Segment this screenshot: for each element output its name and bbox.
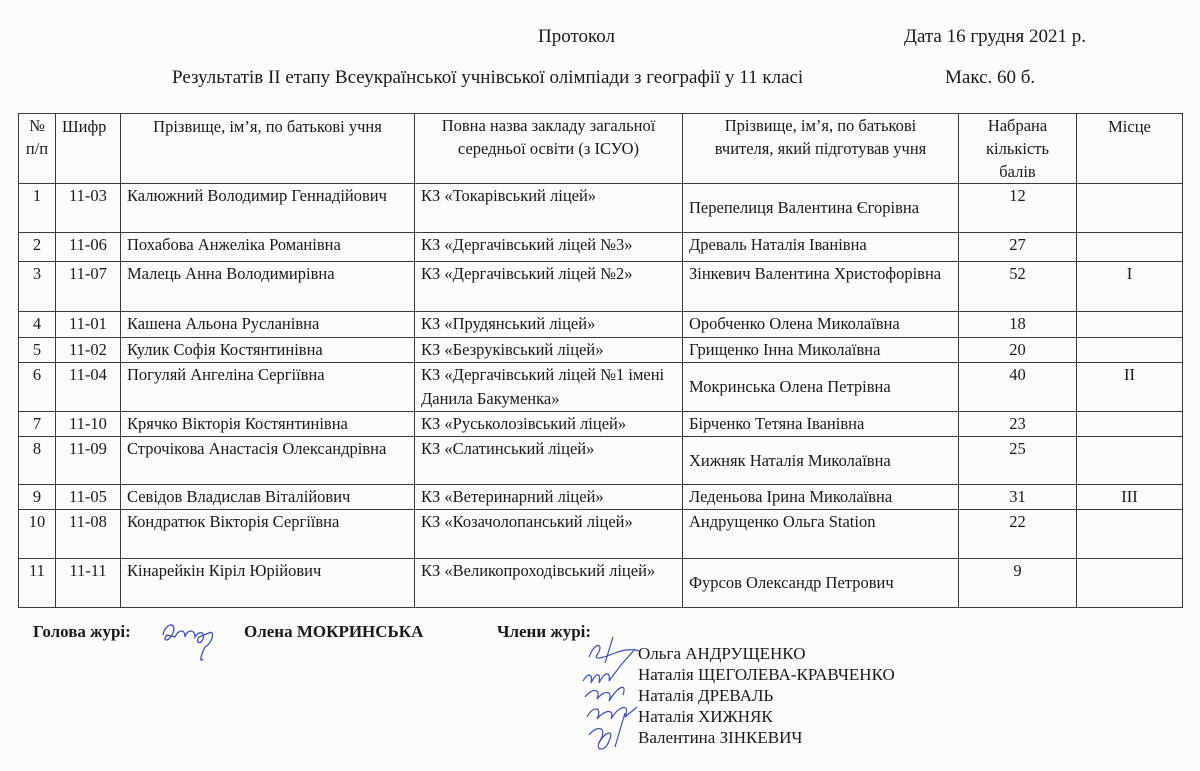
- row-number: 4: [19, 312, 56, 338]
- col-header-num: № п/п: [19, 114, 56, 184]
- row-teacher: Грищенко Інна Миколаївна: [683, 338, 959, 363]
- jury-member: Ольга АНДРУЩЕНКО: [638, 644, 806, 664]
- row-place: [1077, 312, 1183, 338]
- row-teacher: Оробченко Олена Миколаївна: [683, 312, 959, 338]
- row-teacher: Перепелиця Валентина Єгорівна: [683, 184, 959, 233]
- row-number: 10: [19, 510, 56, 559]
- jury-member: Наталія ДРЕВАЛЬ: [638, 686, 773, 706]
- row-school: КЗ «Козачолопанський ліцей»: [415, 510, 683, 559]
- table-header-row: № п/п Шифр Прізвище, ім’я, по батькові у…: [19, 114, 1183, 184]
- row-place: [1077, 510, 1183, 559]
- row-score: 25: [959, 437, 1077, 485]
- row-score: 9: [959, 559, 1077, 608]
- table-row: 6 11-04 Погуляй Ангеліна Сергіївна КЗ «Д…: [19, 363, 1183, 412]
- row-place: ІІ: [1077, 363, 1183, 412]
- row-school: КЗ «Слатинський ліцей»: [415, 437, 683, 485]
- table-row: 10 11-08 Кондратюк Вікторія Сергіївна КЗ…: [19, 510, 1183, 559]
- row-score: 52: [959, 262, 1077, 312]
- row-code: 11-07: [56, 262, 121, 312]
- row-place: І: [1077, 262, 1183, 312]
- document-title: Протокол: [538, 26, 615, 48]
- table-row: 8 11-09 Строчікова Анастасія Олександрів…: [19, 437, 1183, 485]
- col-header-teacher: Прізвище, ім’я, по батькові вчителя, яки…: [683, 114, 959, 184]
- row-code: 11-11: [56, 559, 121, 608]
- row-number: 2: [19, 233, 56, 262]
- row-school: КЗ «Великопроходівський ліцей»: [415, 559, 683, 608]
- row-number: 8: [19, 437, 56, 485]
- row-teacher: Зінкевич Валентина Христофорівна: [683, 262, 959, 312]
- row-score: 27: [959, 233, 1077, 262]
- row-number: 7: [19, 412, 56, 437]
- row-student-name: Севідов Владислав Віталійович: [121, 485, 415, 510]
- row-code: 11-01: [56, 312, 121, 338]
- row-code: 11-05: [56, 485, 121, 510]
- chair-signature-icon: [155, 615, 225, 665]
- row-school: КЗ «Ветеринарний ліцей»: [415, 485, 683, 510]
- row-teacher: Древаль Наталія Іванівна: [683, 233, 959, 262]
- jury-member: Наталія ЩЕГОЛЕВА-КРАВЧЕНКО: [638, 665, 895, 685]
- row-student-name: Кашена Альона Русланівна: [121, 312, 415, 338]
- table-row: 1 11-03 Калюжний Володимир Геннадійович …: [19, 184, 1183, 233]
- row-school: КЗ «Прудянський ліцей»: [415, 312, 683, 338]
- table-row: 4 11-01 Кашена Альона Русланівна КЗ «Пру…: [19, 312, 1183, 338]
- max-score: Макс. 60 б.: [945, 67, 1035, 89]
- chair-name: Олена МОКРИНСЬКА: [244, 622, 423, 642]
- row-number: 1: [19, 184, 56, 233]
- row-place: [1077, 184, 1183, 233]
- row-score: 31: [959, 485, 1077, 510]
- table-row: 3 11-07 Малець Анна Володимирівна КЗ «Де…: [19, 262, 1183, 312]
- row-score: 23: [959, 412, 1077, 437]
- table-row: 11 11-11 Кінарейкін Кіріл Юрійович КЗ «В…: [19, 559, 1183, 608]
- row-place: [1077, 559, 1183, 608]
- row-student-name: Калюжний Володимир Геннадійович: [121, 184, 415, 233]
- row-code: 11-10: [56, 412, 121, 437]
- row-score: 20: [959, 338, 1077, 363]
- row-student-name: Строчікова Анастасія Олександрівна: [121, 437, 415, 485]
- row-number: 3: [19, 262, 56, 312]
- row-place: [1077, 412, 1183, 437]
- row-school: КЗ «Дергачівський ліцей №1 імені Данила …: [415, 363, 683, 412]
- row-code: 11-08: [56, 510, 121, 559]
- row-code: 11-06: [56, 233, 121, 262]
- row-student-name: Похабова Анжеліка Романівна: [121, 233, 415, 262]
- row-school: КЗ «Руськолозівський ліцей»: [415, 412, 683, 437]
- row-number: 5: [19, 338, 56, 363]
- table-row: 9 11-05 Севідов Владислав Віталійович КЗ…: [19, 485, 1183, 510]
- members-signatures-icon: [575, 635, 645, 760]
- row-score: 22: [959, 510, 1077, 559]
- row-code: 11-02: [56, 338, 121, 363]
- row-place: ІІІ: [1077, 485, 1183, 510]
- row-place: [1077, 437, 1183, 485]
- row-score: 18: [959, 312, 1077, 338]
- document-subtitle: Результатів ІІ етапу Всеукраїнської учні…: [172, 67, 803, 89]
- row-student-name: Кінарейкін Кіріл Юрійович: [121, 559, 415, 608]
- row-code: 11-04: [56, 363, 121, 412]
- row-teacher: Хижняк Наталія Миколаївна: [683, 437, 959, 485]
- row-school: КЗ «Безруківський ліцей»: [415, 338, 683, 363]
- row-number: 11: [19, 559, 56, 608]
- results-table: № п/п Шифр Прізвище, ім’я, по батькові у…: [18, 113, 1183, 608]
- row-number: 6: [19, 363, 56, 412]
- col-header-school: Повна назва закладу загальної середньої …: [415, 114, 683, 184]
- row-number: 9: [19, 485, 56, 510]
- col-header-code: Шифр: [56, 114, 121, 184]
- col-header-score: Набрана кількість балів: [959, 114, 1077, 184]
- col-header-student: Прізвище, ім’я, по батькові учня: [121, 114, 415, 184]
- row-student-name: Малець Анна Володимирівна: [121, 262, 415, 312]
- row-code: 11-03: [56, 184, 121, 233]
- document-date: Дата 16 грудня 2021 р.: [904, 26, 1086, 48]
- row-teacher: Андрущенко Ольга Station: [683, 510, 959, 559]
- row-place: [1077, 338, 1183, 363]
- row-teacher: Мокринська Олена Петрівна: [683, 363, 959, 412]
- table-row: 7 11-10 Крячко Вікторія Костянтинівна КЗ…: [19, 412, 1183, 437]
- row-teacher: Фурсов Олександр Петрович: [683, 559, 959, 608]
- row-school: КЗ «Дергачівський ліцей №3»: [415, 233, 683, 262]
- jury-member: Валентина ЗІНКЕВИЧ: [638, 728, 802, 748]
- row-score: 40: [959, 363, 1077, 412]
- row-score: 12: [959, 184, 1077, 233]
- row-place: [1077, 233, 1183, 262]
- row-teacher: Бірченко Тетяна Іванівна: [683, 412, 959, 437]
- row-student-name: Погуляй Ангеліна Сергіївна: [121, 363, 415, 412]
- row-teacher: Леденьова Ірина Миколаївна: [683, 485, 959, 510]
- col-header-place: Місце: [1077, 114, 1183, 184]
- row-student-name: Кулик Софія Костянтинівна: [121, 338, 415, 363]
- table-row: 2 11-06 Похабова Анжеліка Романівна КЗ «…: [19, 233, 1183, 262]
- row-school: КЗ «Токарівський ліцей»: [415, 184, 683, 233]
- row-code: 11-09: [56, 437, 121, 485]
- row-school: КЗ «Дергачівський ліцей №2»: [415, 262, 683, 312]
- row-student-name: Кондратюк Вікторія Сергіївна: [121, 510, 415, 559]
- row-student-name: Крячко Вікторія Костянтинівна: [121, 412, 415, 437]
- table-row: 5 11-02 Кулик Софія Костянтинівна КЗ «Бе…: [19, 338, 1183, 363]
- chair-label: Голова журі:: [33, 622, 131, 642]
- jury-member: Наталія ХИЖНЯК: [638, 707, 773, 727]
